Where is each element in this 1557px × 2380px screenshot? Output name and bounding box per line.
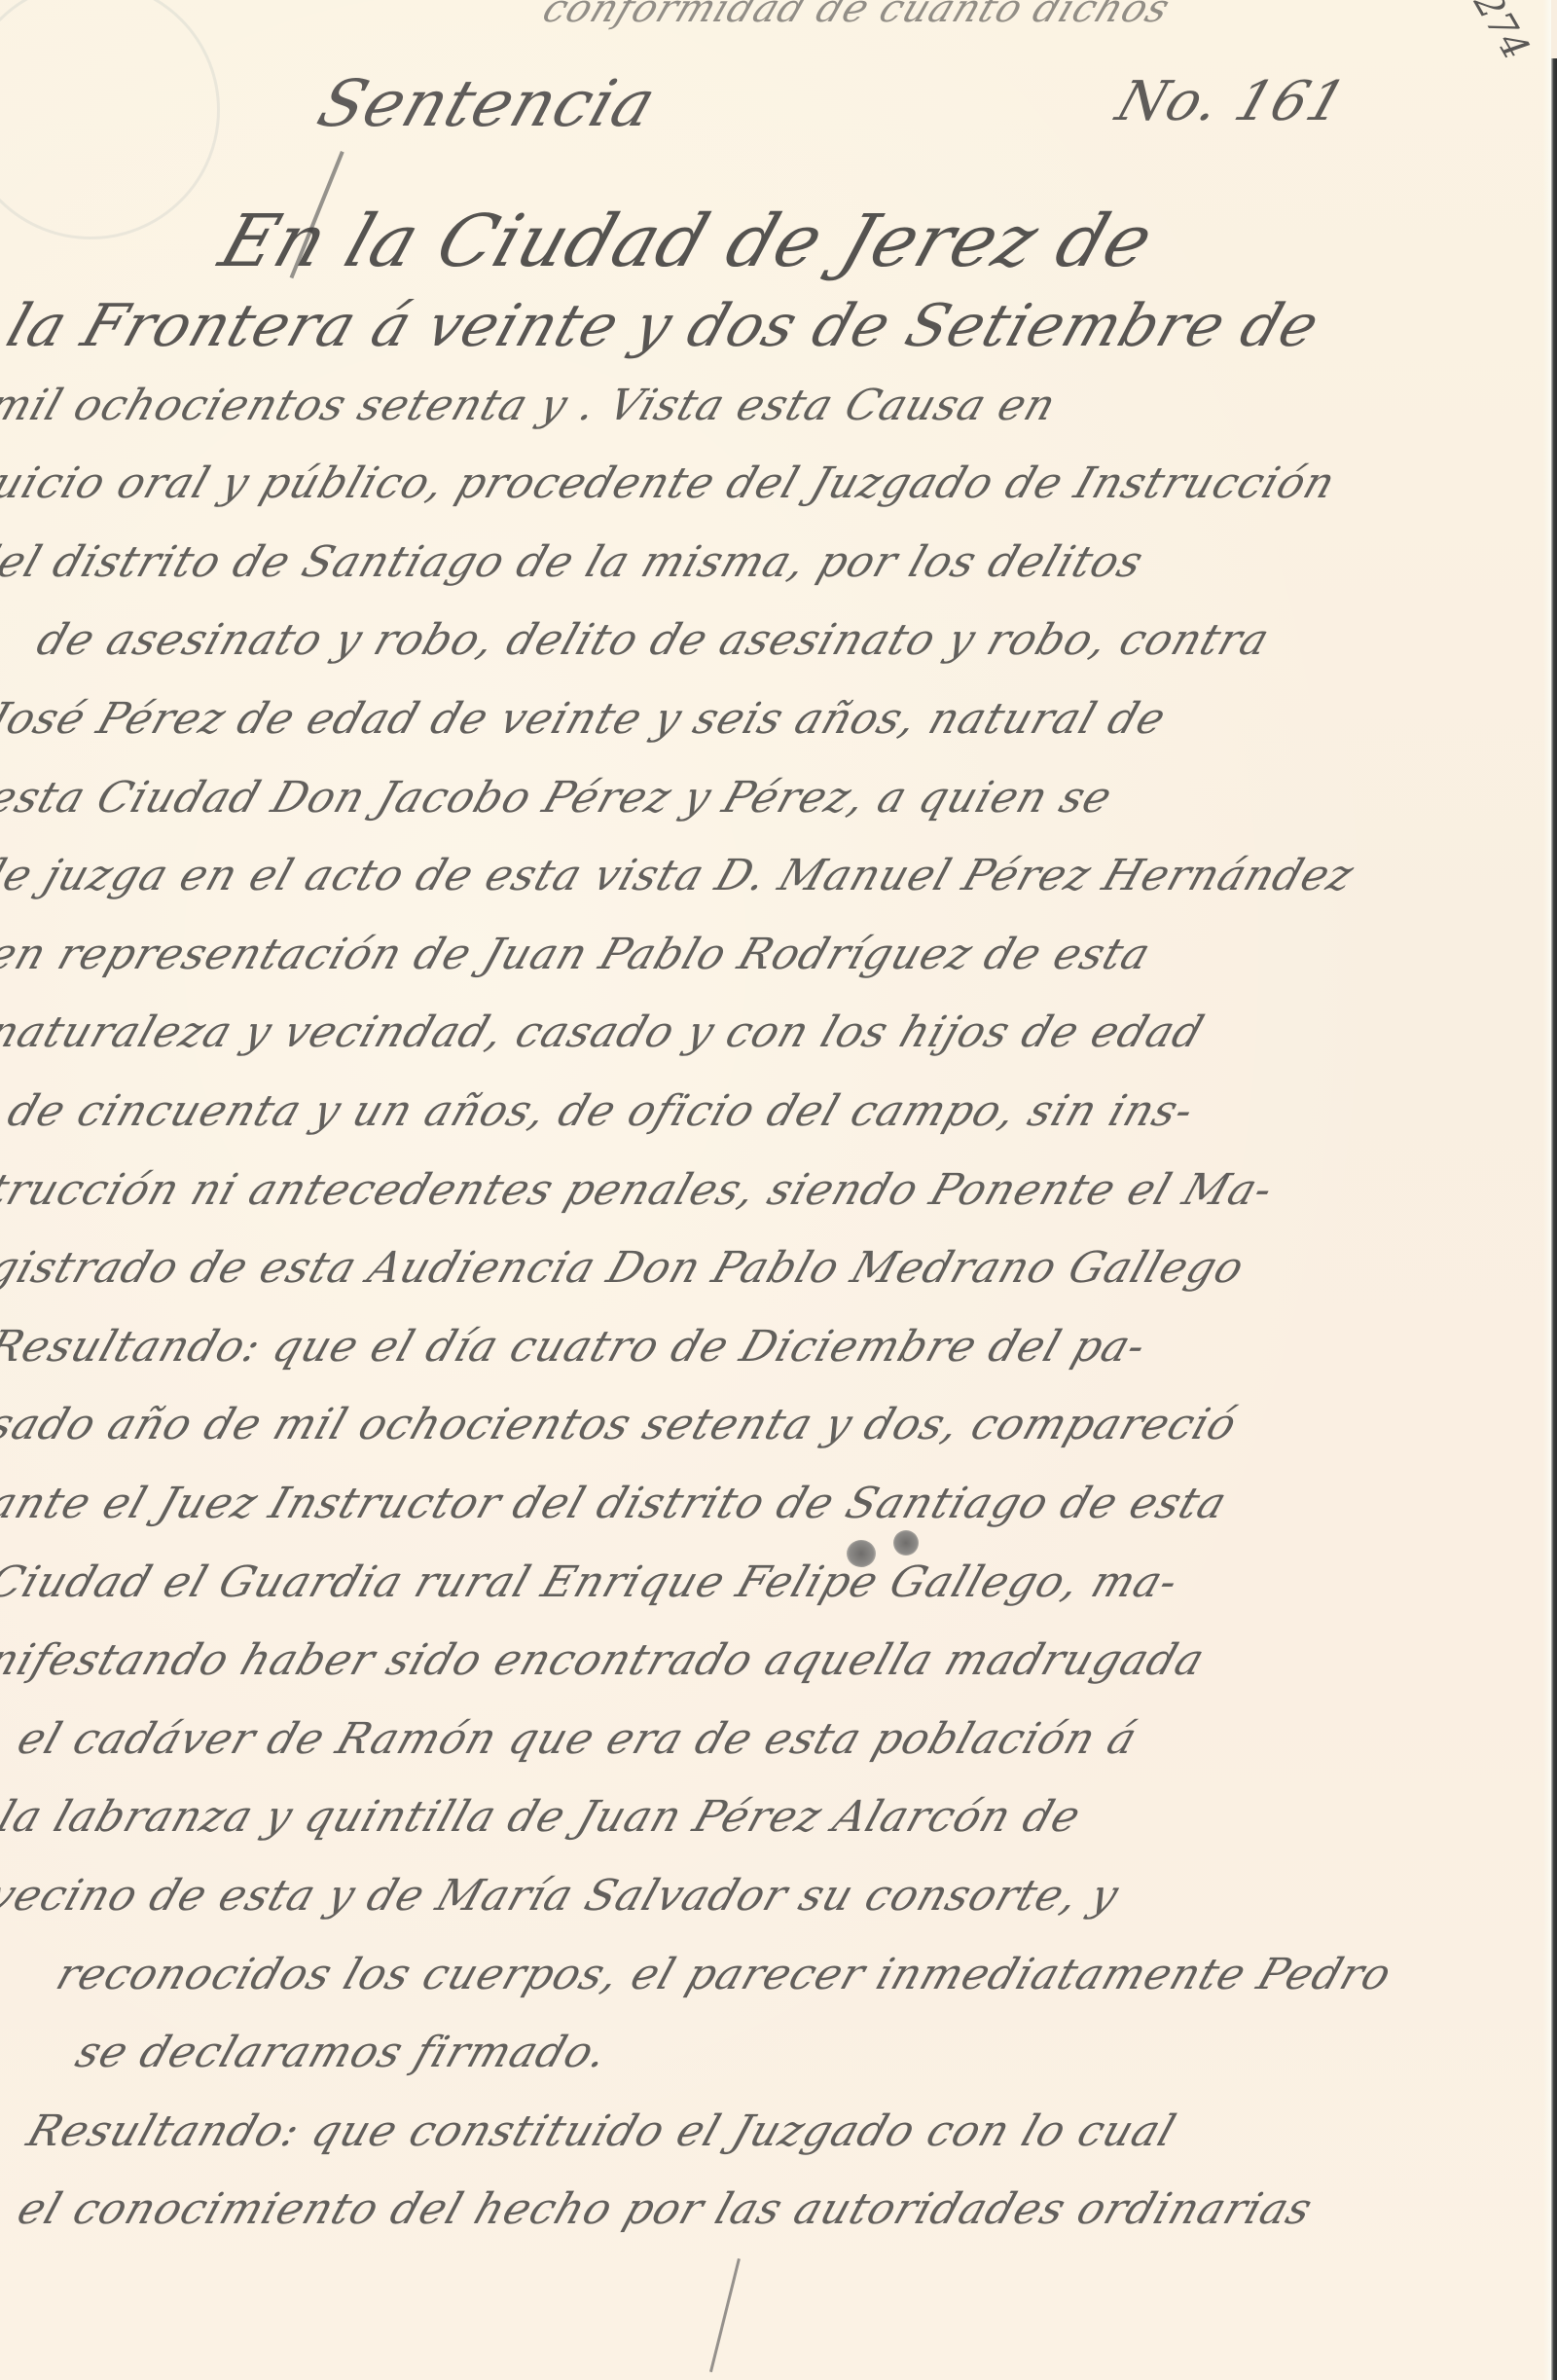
manuscript-line: naturaleza y vecindad, casado y con los …: [0, 1007, 1211, 1057]
ink-blot: [847, 1540, 876, 1567]
manuscript-line: trucción ni antecedentes penales, siendo…: [0, 1165, 1280, 1215]
manuscript-line: Resultando: que constituido el Juzgado c…: [21, 2106, 1182, 2156]
manuscript-line: del distrito de Santiago de la misma, po…: [0, 537, 1150, 587]
manuscript-line: En la Ciudad de Jerez de: [210, 200, 1164, 283]
manuscript-line: en representación de Juan Pablo Rodrígue…: [0, 930, 1157, 979]
manuscript-line: ante el Juez Instructor del distrito de …: [0, 1479, 1233, 1528]
manuscript-line: el cadáver de Ramón que era de esta pobl…: [12, 1714, 1143, 1764]
faded-stamp: [0, 0, 220, 239]
manuscript-line: sado año de mil ochocientos setenta y do…: [0, 1400, 1244, 1449]
manuscript-line: el conocimiento del hecho por las autori…: [12, 2184, 1320, 2234]
manuscript-line: José Pérez de edad de veinte y seis años…: [0, 694, 1173, 744]
descender-stroke: [709, 2258, 741, 2372]
manuscript-line: de asesinato y robo, delito de asesinato…: [31, 615, 1276, 665]
top-fragment-line: conformidad de cuanto dichos: [537, 0, 1177, 31]
manuscript-page: conformidad de cuanto dichos 274 Sentenc…: [0, 0, 1551, 2380]
manuscript-line: la Frontera á veinte y dos de Setiembre …: [0, 292, 1328, 360]
manuscript-line: esta Ciudad Don Jacobo Pérez y Pérez, a …: [0, 773, 1119, 823]
manuscript-line: la labranza y quintilla de Juan Pérez Al…: [0, 1792, 1087, 1842]
manuscript-line: juicio oral y público, procedente del Ju…: [0, 458, 1342, 508]
manuscript-line: se declaramos firmado.: [70, 2028, 615, 2077]
manuscript-line: vecino de esta y de María Salvador su co…: [0, 1871, 1125, 1921]
manuscript-line: reconocidos los cuerpos, el parecer inme…: [51, 1950, 1398, 1999]
manuscript-line: gistrado de esta Audiencia Don Pablo Med…: [0, 1243, 1250, 1293]
manuscript-line: mil ochocientos setenta y . Vista esta C…: [0, 381, 1063, 430]
manuscript-line: Ciudad el Guardia rural Enrique Felipe G…: [0, 1557, 1185, 1607]
document-title: Sentencia: [308, 66, 665, 141]
manuscript-line: Resultando: que el día cuatro de Diciemb…: [0, 1322, 1152, 1372]
scan-edge-shadow: [1551, 58, 1557, 2380]
scan-edge-highlight: [1543, 0, 1551, 2380]
page-number: 274: [1466, 0, 1539, 66]
manuscript-line: de cincuenta y un años, de oficio del ca…: [2, 1086, 1201, 1136]
sentence-number: No. 161: [1108, 70, 1354, 133]
ink-blot: [893, 1530, 919, 1556]
manuscript-line: nifestando haber sido encontrado aquella…: [0, 1635, 1211, 1685]
manuscript-line: le juzga en el acto de esta vista D. Man…: [0, 851, 1360, 900]
